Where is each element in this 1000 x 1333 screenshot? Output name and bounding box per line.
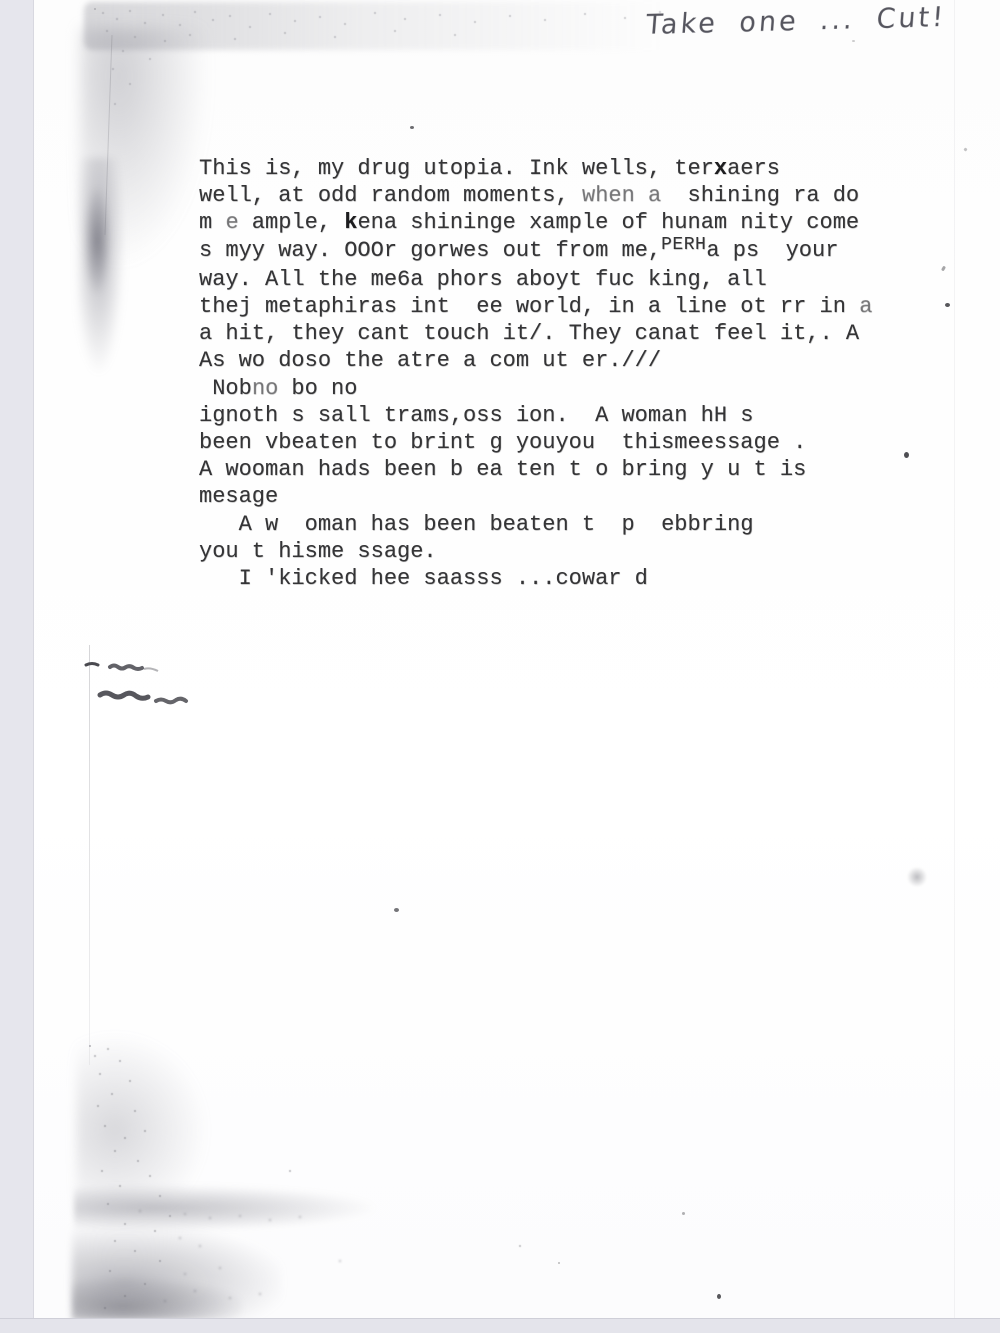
typed-line: A wooman hads been b ea ten t o bring y … xyxy=(199,456,959,483)
pencil-scribble-lower xyxy=(96,685,206,713)
crease-left xyxy=(89,645,90,1065)
typed-segment: A w oman has been beaten t p ebbring xyxy=(199,512,754,537)
typed-line: well, at odd random moments, when a shin… xyxy=(199,182,959,209)
typed-segment: PERH xyxy=(661,235,706,255)
typed-line: you t hisme ssage. xyxy=(199,538,959,565)
typed-segment: aers xyxy=(727,156,780,181)
stain-top-left xyxy=(80,28,210,268)
typed-segment: well, at odd random moments, xyxy=(199,183,582,208)
typed-segment: I 'kicked hee saasss ...cowar d xyxy=(199,566,648,591)
stain-left-edge xyxy=(78,158,124,373)
typed-line: As wo doso the atre a com ut er./// xyxy=(199,347,959,374)
scan-margin-bottom xyxy=(0,1318,1000,1333)
typed-segment: x xyxy=(714,156,727,181)
scanned-document: Take one ... Cut! This is, my drug utopi… xyxy=(0,0,1000,1333)
typed-segment: no xyxy=(252,376,278,401)
typed-segment: ena shininge xample of hunam nity come xyxy=(357,210,859,235)
typed-segment: ample, xyxy=(239,210,345,235)
stain-bottom-corner xyxy=(72,1278,242,1320)
ink-speck xyxy=(682,1212,685,1215)
typed-segment: thej metaphiras int ee world, in a line … xyxy=(199,294,859,319)
typed-line: way. All the me6a phors aboyt fuc king, … xyxy=(199,266,959,293)
typed-segment: As wo doso the atre a com ut er./// xyxy=(199,348,661,373)
ink-speck xyxy=(394,908,399,912)
ink-speck xyxy=(963,147,967,151)
typed-segment: a ps your xyxy=(706,238,838,263)
stain-bottom-band xyxy=(74,1185,374,1231)
typed-segment: ignoth s sall trams,oss ion. A woman hH … xyxy=(199,403,754,428)
typewritten-text: This is, my drug utopia. Ink wells, terx… xyxy=(199,155,959,592)
ink-speck xyxy=(410,126,414,129)
typed-segment: This is, my drug utopia. Ink wells, ter xyxy=(199,156,714,181)
typed-segment: been vbeaten to brint g youyou thismeess… xyxy=(199,430,806,455)
typed-segment: e xyxy=(225,210,238,235)
stain-bottom-left-column xyxy=(76,1035,206,1225)
typed-line: I 'kicked hee saasss ...cowar d xyxy=(199,565,959,592)
stain-bottom-blob xyxy=(72,1225,282,1320)
typed-line: been vbeaten to brint g youyou thismeess… xyxy=(199,429,959,456)
typed-line: A w oman has been beaten t p ebbring xyxy=(199,511,959,538)
ink-speck xyxy=(852,40,855,42)
crease-top-left xyxy=(105,35,113,235)
typed-segment: m xyxy=(199,210,225,235)
typed-line: Nobno bo no xyxy=(199,375,959,402)
stain-bottom-speckle xyxy=(89,1045,91,1047)
typed-segment: way. All the me6a phors aboyt fuc king, … xyxy=(199,267,767,292)
typed-segment: when a xyxy=(582,183,661,208)
typed-line: ignoth s sall trams,oss ion. A woman hH … xyxy=(199,402,959,429)
stain-top-band xyxy=(84,2,694,50)
stain-left-edge-core xyxy=(84,188,110,293)
typed-segment: bo no xyxy=(278,376,357,401)
typed-line: thej metaphiras int ee world, in a line … xyxy=(199,293,959,320)
stain-star-blot xyxy=(906,866,928,888)
typed-segment: A wooman hads been b ea ten t o bring y … xyxy=(199,457,806,482)
handwritten-note: Take one ... Cut! xyxy=(645,2,947,41)
typed-segment: shining ra do xyxy=(661,183,859,208)
typed-segment: a hit, they cant touch it/. They canat f… xyxy=(199,321,859,346)
typed-segment: s myy way. OOOr gorwes out from me, xyxy=(199,238,661,263)
scan-margin-left xyxy=(0,0,34,1333)
document-page: Take one ... Cut! This is, my drug utopi… xyxy=(34,0,1000,1318)
stain-top-speckle xyxy=(94,8,96,10)
typed-line: a hit, they cant touch it/. They canat f… xyxy=(199,320,959,347)
ink-speck xyxy=(558,1262,560,1264)
typed-line: This is, my drug utopia. Ink wells, terx… xyxy=(199,155,959,182)
typed-segment: mesage xyxy=(199,484,278,509)
typed-line: s myy way. OOOr gorwes out from me,PERHa… xyxy=(199,237,959,266)
typed-segment: k xyxy=(344,210,357,235)
typed-line: mesage xyxy=(199,483,959,510)
typed-segment: you t hisme ssage. xyxy=(199,539,437,564)
typed-segment: a xyxy=(859,294,872,319)
ink-speck xyxy=(717,1294,721,1299)
typed-segment: Nob xyxy=(199,376,252,401)
pencil-scribble-upper xyxy=(82,655,172,679)
typed-line: m e ample, kena shininge xample of hunam… xyxy=(199,209,959,236)
